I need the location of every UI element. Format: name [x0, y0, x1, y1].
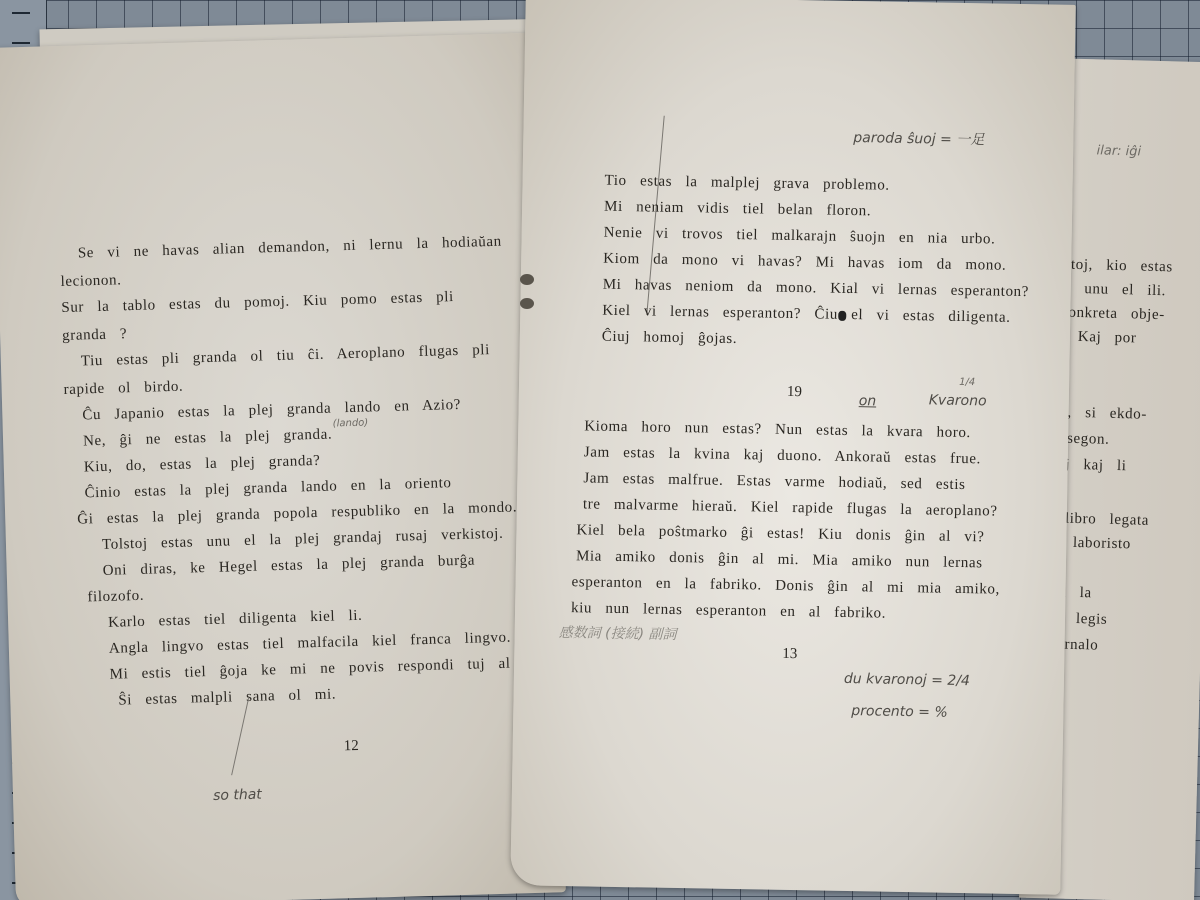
- text-line: Ĉu Japanio estas la plej granda lando en…: [82, 397, 461, 425]
- text-line: Karlo estas tiel diligenta kiel li.: [108, 608, 363, 632]
- text-line: tre malvarme hieraŭ. Kiel rapide flugas …: [583, 496, 998, 520]
- text-line: kiu nun lernas esperanton en al fabriko.: [571, 600, 886, 622]
- binding-holes: [518, 270, 538, 320]
- handwritten-du-kvaronoj: du kvaronoj = 2/4: [844, 671, 970, 689]
- right-fragment: konkreta obje-: [1060, 304, 1165, 324]
- text-line: Mi havas neniom da mono. Kial vi lernas …: [603, 277, 1029, 301]
- handwritten-procento: procento = %: [851, 703, 948, 721]
- right-fragment: libro legata: [1065, 511, 1150, 530]
- text-line: Tio estas la malplej grava problemo.: [604, 173, 889, 195]
- page-13: paroda ŝuoj = 一足 Tio estas la malplej gr…: [510, 0, 1075, 895]
- text-line: Mia amiko donis ĝin al mi. Mia amiko nun…: [576, 548, 983, 572]
- right-top-annotation: ilar: iĝi: [1096, 143, 1141, 159]
- text-line: Ĉinio estas la plej granda lando en la o…: [84, 475, 451, 502]
- section-number: 19: [787, 384, 802, 401]
- ink-smudge: [838, 311, 846, 321]
- text-line: Mi neniam vidis tiel belan floron.: [604, 199, 871, 221]
- text-line: Kiom da mono vi havas? Mi havas iom da m…: [603, 251, 1006, 275]
- text-line: granda ?: [62, 326, 127, 345]
- right-fragment: al unu el ili.: [1059, 280, 1166, 300]
- handwritten-paroda: paroda ŝuoj = 一足: [853, 127, 984, 149]
- handwritten-kvarono: Kvarono: [929, 392, 987, 409]
- text-line: rapide ol birdo.: [63, 379, 183, 399]
- page-number: 13: [782, 646, 797, 663]
- right-fragment: segon.: [1067, 431, 1110, 449]
- text-line: filozofo.: [87, 588, 144, 607]
- text-line: Ne, ĝi ne estas la plej granda.: [83, 427, 333, 451]
- text-line: Ĝi estas la plej granda popola respublik…: [77, 499, 517, 528]
- text-line: Angla lingvo estas tiel malfacila kiel f…: [109, 630, 512, 658]
- text-line: Nenie vi trovos tiel malkarajn ŝuojn en …: [604, 225, 996, 249]
- text-line: Mi estis tiel ĝoja ke mi ne povis respon…: [109, 655, 538, 684]
- text-line: Jam estas malfrue. Estas varme hodiaŭ, s…: [583, 470, 965, 494]
- handwritten-so-that: so that: [213, 787, 262, 804]
- handwritten-kanji-note: 感数詞 (接続) 副詞: [559, 622, 677, 644]
- handwritten-on: on: [859, 393, 877, 409]
- text-line: Tolstoj estas unu el la plej grandaj rus…: [102, 526, 504, 554]
- text-line: Kiel bela poŝtmarko ĝi estas! Kiu donis …: [576, 522, 984, 546]
- text-line: Kiu, do, estas la plej granda?: [84, 453, 321, 477]
- text-line: Se vi ne havas alian demandon, ni lernu …: [78, 234, 502, 263]
- text-line: lecionon.: [60, 272, 121, 291]
- text-line: esperanton en la fabriko. Donis ĝin al m…: [571, 574, 1000, 598]
- handwritten-fraction: 1/4: [959, 377, 975, 388]
- text-line: Kioma horo nun estas? Nun estas la kvara…: [584, 418, 971, 442]
- page-number: 12: [344, 738, 359, 755]
- text-line: Oni diras, ke Hegel estas la plej granda…: [103, 553, 476, 580]
- handwritten-lando: (lando): [333, 417, 369, 429]
- text-line: Kiel vi lernas esperanton? Ĉiu el vi est…: [602, 303, 1011, 327]
- pencil-mark: [231, 697, 249, 775]
- text-line: Ĉiuj homoj ĝojas.: [602, 329, 738, 348]
- text-line: Ŝi estas malpli sana ol mi.: [118, 686, 336, 709]
- text-line: Sur la tablo estas du pomoj. Kiu pomo es…: [61, 289, 454, 317]
- text-line: Jam estas la kvina kaj duono. Ankoraŭ es…: [584, 444, 981, 468]
- right-fragment: antoj, kio estas: [1055, 256, 1173, 276]
- page-12: Se vi ne havas alian demandon, ni lernu …: [0, 32, 566, 900]
- text-line: Tiu estas pli granda ol tiu ĉi. Aeroplan…: [81, 342, 490, 370]
